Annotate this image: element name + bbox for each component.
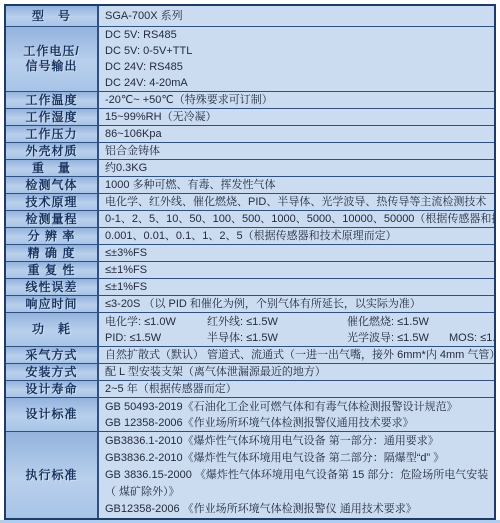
row-design-standards: 设计标准 GB 50493-2019《石油化工企业可燃气体和有毒气体检测报警设计… xyxy=(6,398,494,432)
execution-standard: GB3836.1-2010《爆炸性气体环境用电气设备 第一部分：通用要求》 xyxy=(105,433,488,450)
row-power-consumption: 功 耗 电化学: ≤1.0W 红外线: ≤1.5W 催化燃烧: ≤1.5W PI… xyxy=(6,313,494,347)
row-execution-standards: 执行标准 GB3836.1-2010《爆炸性气体环境用电气设备 第一部分：通用要… xyxy=(6,432,494,518)
voltage-option: DC 24V: RS485 xyxy=(105,59,488,75)
voltage-option: DC 24V: 4-20mA xyxy=(105,75,488,91)
row-linearity-error: 线性误差 ≤±1%FS xyxy=(6,279,494,296)
product-spec-table: 型 号 SGA-700X 系列 工作电压/ 信号输出 DC 5V: RS485 … xyxy=(4,4,496,520)
row-weight: 重 量 约0.3KG xyxy=(6,160,494,177)
design-standard: GB 12358-2006《作业场所环境气体检测报警仪通用技术要求》 xyxy=(105,415,488,431)
row-model: 型 号 SGA-700X 系列 xyxy=(6,6,494,27)
row-response-time: 响应时间 ≤3-20S （以 PID 和催化为例，个别气体有所延长，以实际为准） xyxy=(6,296,494,313)
row-model-value: SGA-700X 系列 xyxy=(105,8,488,24)
execution-standard: GB3836.2-2010《爆炸性气体环境用电气设备 第二部分：隔爆型“d” 》 xyxy=(105,450,488,467)
execution-standard: GB12358-2006 《作业场所环境气体检测报警仪 通用技术要求》 xyxy=(105,501,488,518)
row-working-humidity: 工作湿度 15~99%RH（无冷凝） xyxy=(6,109,494,126)
row-design-life: 设计寿命 2~5 年（根据传感器而定） xyxy=(6,381,494,398)
row-repeatability: 重 复 性 ≤±1%FS xyxy=(6,262,494,279)
row-accuracy: 精 确 度 ≤±3%FS xyxy=(6,245,494,262)
row-detected-gases: 检测气体 1000 多种可燃、有毒、挥发性气体 xyxy=(6,177,494,194)
row-measuring-range: 检测量程 0-1、2、5、10、50、100、500、1000、5000、100… xyxy=(6,211,494,228)
voltage-option: DC 5V: RS485 xyxy=(105,27,488,43)
row-model-label: 型 号 xyxy=(6,6,99,26)
power-line-1: 电化学: ≤1.0W 红外线: ≤1.5W 催化燃烧: ≤1.5W xyxy=(105,314,488,330)
row-voltage-output: 工作电压/ 信号输出 DC 5V: RS485 DC 5V: 0-5V+TTL … xyxy=(6,27,494,92)
row-sampling-method: 采气方式 自然扩散式（默认） 管道式、流通式（一进一出气嘴，接外 6mm*内 4… xyxy=(6,347,494,364)
row-installation-method: 安装方式 配 L 型安装支架（离气体泄漏源最近的地方） xyxy=(6,364,494,381)
design-standard: GB 50493-2019《石油化工企业可燃气体和有毒气体检测报警设计规范》 xyxy=(105,399,488,415)
row-working-temperature: 工作温度 -20℃~ +50℃（特殊要求可订制） xyxy=(6,92,494,109)
voltage-option: DC 5V: 0-5V+TTL xyxy=(105,43,488,59)
row-resolution: 分 辨 率 0.001、0.01、0.1、1、2、5（根据传感器和技术原理而定） xyxy=(6,228,494,245)
execution-standard: （ 煤矿除外）》 xyxy=(105,484,488,501)
row-technology-principle: 技术原理 电化学、红外线、催化燃烧、PID、半导体、光学波导、热传导等主流检测技… xyxy=(6,194,494,211)
row-voltage-output-label: 工作电压/ 信号输出 xyxy=(6,27,99,91)
row-working-pressure: 工作压力 86~106Kpa xyxy=(6,126,494,143)
power-line-2: PID: ≤1.5W 半导体: ≤1.5W 光学波导: ≤1.5W MOS: ≤… xyxy=(105,330,488,346)
execution-standard: GB 3836.15-2000 《爆炸性气体环境用电气设备第 15 部分：危险场… xyxy=(105,467,488,484)
row-housing-material: 外壳材质 铝合金铸体 xyxy=(6,143,494,160)
